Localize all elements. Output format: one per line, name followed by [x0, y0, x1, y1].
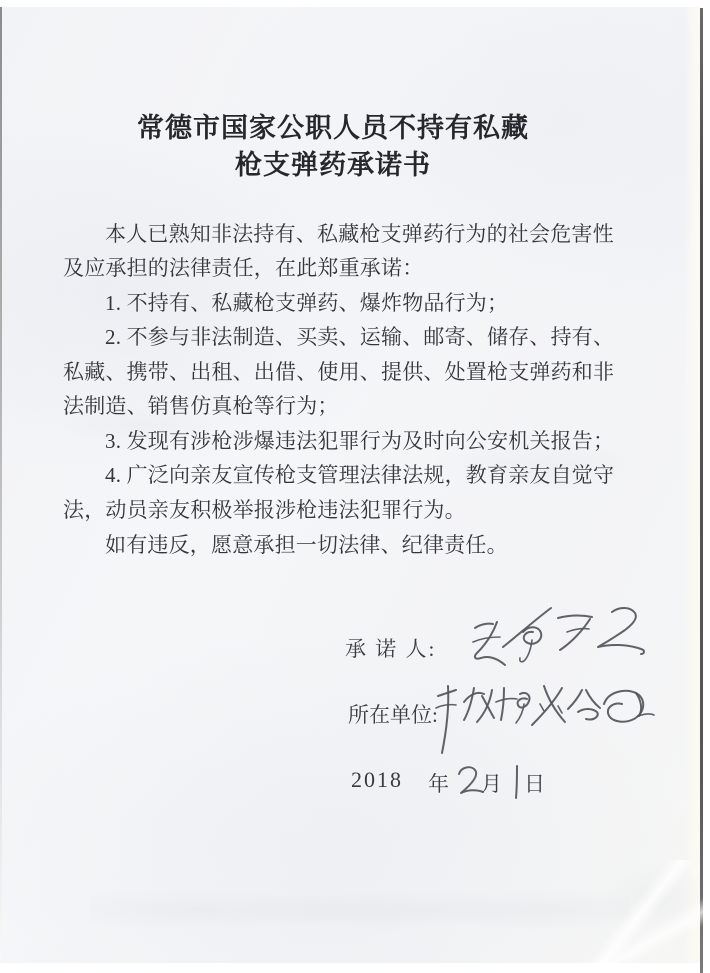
body-line: 私藏、携带、出租、出借、使用、提供、处置枪支弹药和非 — [63, 356, 615, 386]
body-line: 本人已熟知非法持有、私藏枪支弹药行为的社会危害性 — [63, 218, 657, 248]
body-line: 及应承担的法律责任，在此郑重承诺： — [63, 252, 615, 282]
scanned-document-page: 常德市国家公职人员不持有私藏 枪支弹药承诺书 本人已熟知非法持有、私藏枪支弹药行… — [0, 0, 710, 973]
body-line: 4. 广泛向亲友宣传枪支管理法律法规，教育亲友自觉守 — [63, 459, 657, 489]
body-line: 法，动员亲友积极举报涉枪违法犯罪行为。 — [63, 494, 615, 524]
unit-name-handwriting — [432, 680, 667, 762]
document-title-line-2: 枪支弹药承诺书 — [63, 143, 603, 182]
date-day-unit: 日 — [524, 768, 545, 798]
body-line: 法制造、销售仿真枪等行为； — [63, 390, 615, 420]
promiser-signature-handwriting — [455, 592, 665, 677]
body-line: 1. 不持有、私藏枪支弹药、爆炸物品行为； — [63, 287, 657, 317]
date-month-unit: 月 — [481, 768, 502, 798]
body-line: 2. 不参与非法制造、买卖、运输、邮寄、储存、持有、 — [63, 321, 657, 351]
body-line: 3. 发现有涉枪涉爆违法犯罪行为及时向公安机关报告； — [63, 425, 657, 455]
document-title-line-1: 常德市国家公职人员不持有私藏 — [63, 106, 603, 145]
date-year: 2018 — [351, 767, 403, 793]
date-year-unit: 年 — [428, 768, 449, 798]
unit-label: 所在单位: — [348, 699, 438, 729]
scan-left-edge-line — [0, 7, 2, 963]
body-line: 如有违反，愿意承担一切法律、纪律责任。 — [63, 529, 657, 559]
paper-crease — [580, 860, 705, 968]
promiser-label: 承 诺 人: — [345, 633, 436, 663]
scan-right-edge-line — [700, 8, 703, 973]
date-day-handwriting — [512, 762, 524, 802]
scan-right-light-strip — [684, 7, 700, 963]
